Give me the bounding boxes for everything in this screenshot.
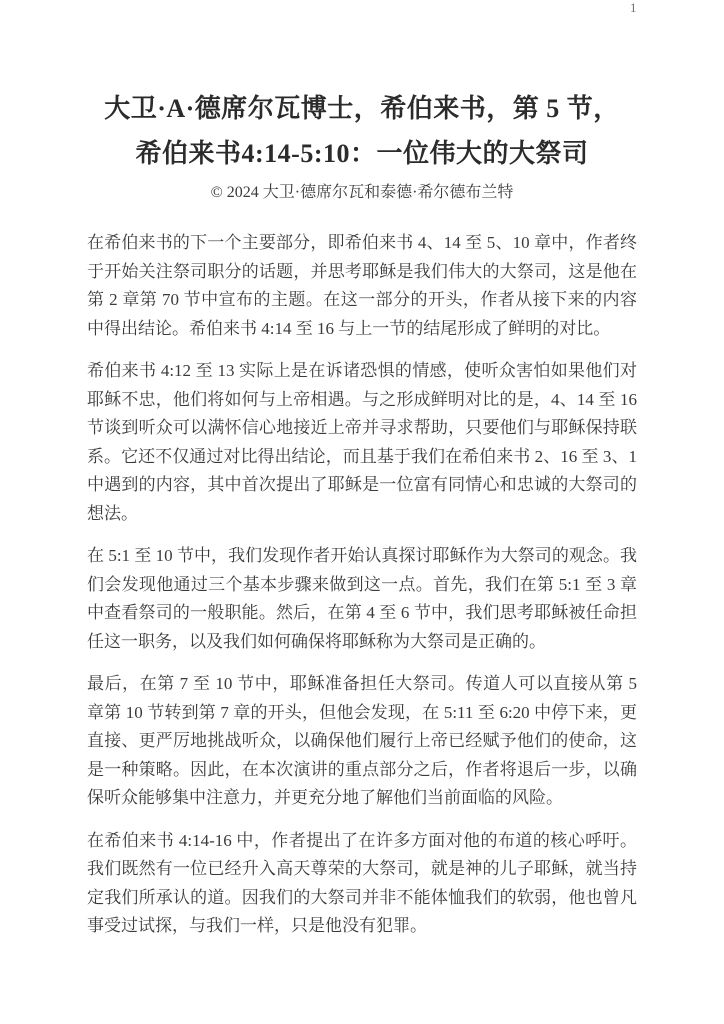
paragraph-1: 在希伯来书的下一个主要部分，即希伯来书 4、14 至 5、10 章中，作者终于开…	[87, 229, 637, 343]
document-page: 1 大卫·A·德席尔瓦博士，希伯来书，第 5 节， 希伯来书4:14-5:10：…	[87, 0, 637, 941]
page-number: 1	[630, 0, 637, 16]
paragraph-2: 希伯来书 4:12 至 13 实际上是在诉诸恐惧的情感，使听众害怕如果他们对耶稣…	[87, 357, 637, 528]
copyright-line: © 2024 大卫·德席尔瓦和泰德·希尔德布兰特	[87, 183, 637, 203]
page-title-line-2: 希伯来书4:14-5:10：一位伟大的大祭司	[87, 131, 637, 176]
paragraph-5: 在希伯来书 4:14-16 中，作者提出了在许多方面对他的布道的核心呼吁。我们既…	[87, 827, 637, 941]
document-body: 在希伯来书的下一个主要部分，即希伯来书 4、14 至 5、10 章中，作者终于开…	[87, 229, 637, 941]
paragraph-3: 在 5:1 至 10 节中，我们发现作者开始认真探讨耶稣作为大祭司的观念。我们会…	[87, 542, 637, 656]
page-title-line-1: 大卫·A·德席尔瓦博士，希伯来书，第 5 节，	[87, 86, 637, 131]
page-title: 大卫·A·德席尔瓦博士，希伯来书，第 5 节， 希伯来书4:14-5:10：一位…	[87, 86, 637, 176]
paragraph-4: 最后，在第 7 至 10 节中，耶稣准备担任大祭司。传道人可以直接从第 5 章第…	[87, 670, 637, 813]
